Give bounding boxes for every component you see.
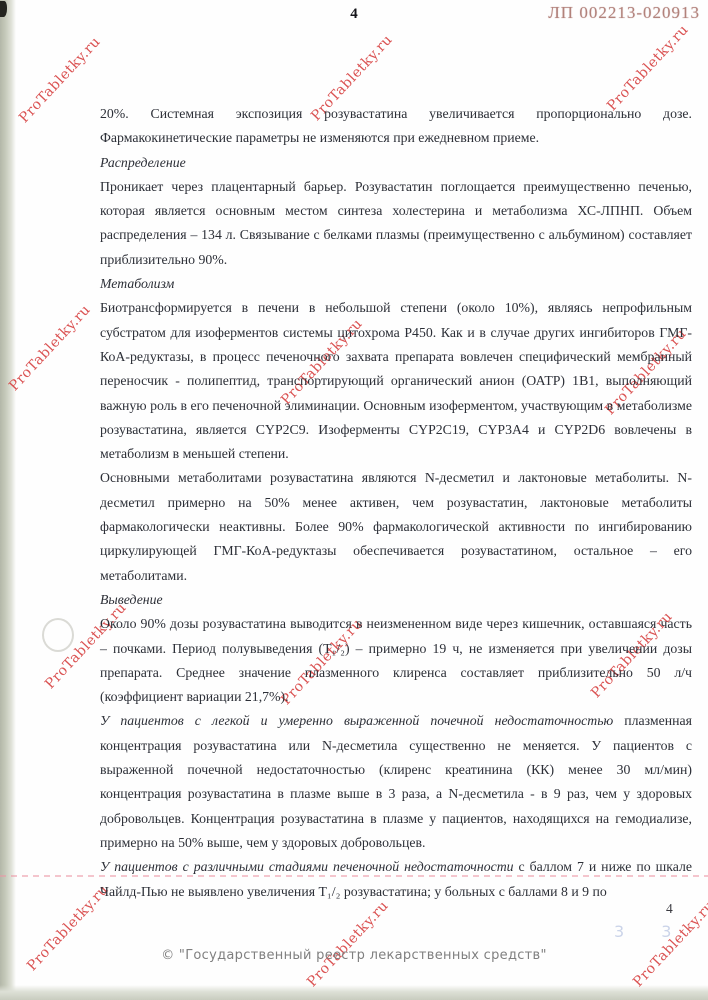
paragraph-excretion: Около 90% дозы розувастатина выводится в… [100, 612, 692, 709]
paragraph-distribution: Проникает через плацентарный барьер. Роз… [100, 175, 692, 272]
watermark-protabletky: ProTabletky.ru [16, 34, 104, 127]
paragraph-metabolism: Биотрансформируется в печени в небольшой… [100, 296, 692, 466]
scan-edge-bottom [0, 985, 708, 1000]
registration-number-stamp: ЛП 002213-020913 [548, 3, 700, 23]
faint-stamp-marks: 3 3 [614, 922, 687, 941]
section-heading-distribution: Распределение [100, 151, 692, 175]
page-number-bottom: 4 [666, 901, 673, 917]
document-text-block: 20%. Системная экспозиция розувастатина … [100, 102, 692, 904]
scan-edge-left [0, 0, 16, 1000]
paragraph-metabolites: Основными метаболитами розувастатина явл… [100, 466, 692, 587]
hole-punch-mark [42, 618, 74, 652]
watermark-protabletky: ProTabletky.ru [6, 302, 94, 395]
watermark-protabletky: ProTabletky.ru [304, 898, 392, 991]
copyright-line: © "Государственный реестр лекарственных … [0, 948, 708, 963]
paragraph-lead-italic: У пациентов с легкой и умеренно выраженн… [100, 713, 613, 728]
document-page: 4 ЛП 002213-020913 ProTabletky.ru ProTab… [0, 0, 708, 1000]
watermark-protabletky: ProTabletky.ru [604, 22, 692, 115]
paragraph-exposure: 20%. Системная экспозиция розувастатина … [100, 102, 692, 151]
section-heading-metabolism: Метаболизм [100, 272, 692, 296]
section-heading-excretion: Выведение [100, 588, 692, 612]
paragraph-rest: плазменная концентрация розувастатина ил… [100, 713, 692, 849]
paragraph-renal-impairment: У пациентов с легкой и умеренно выраженн… [100, 709, 692, 855]
paragraph-lead-italic: У пациентов с различными стадиями печено… [100, 859, 514, 874]
paragraph-hepatic-impairment: У пациентов с различными стадиями печено… [100, 855, 692, 904]
